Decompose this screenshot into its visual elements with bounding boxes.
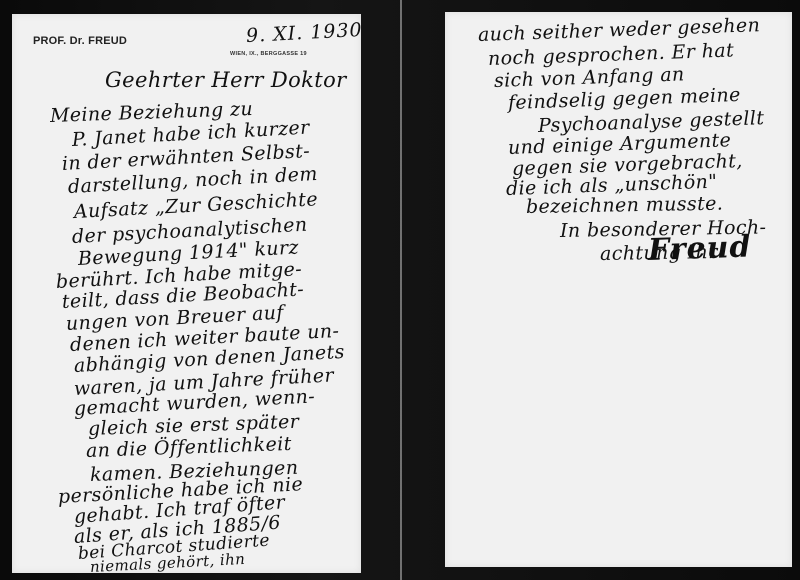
handwritten-line: bezeichnen musste.	[526, 195, 724, 217]
salutation: Geehrter Herr Doktor	[105, 70, 347, 91]
letterhead-name: PROF. Dr. FREUD	[33, 35, 127, 47]
letterhead-address: WIEN, IX., BERGGASSE 19	[230, 51, 307, 57]
book-gutter-line	[400, 0, 402, 580]
signature: Freud	[647, 232, 751, 266]
